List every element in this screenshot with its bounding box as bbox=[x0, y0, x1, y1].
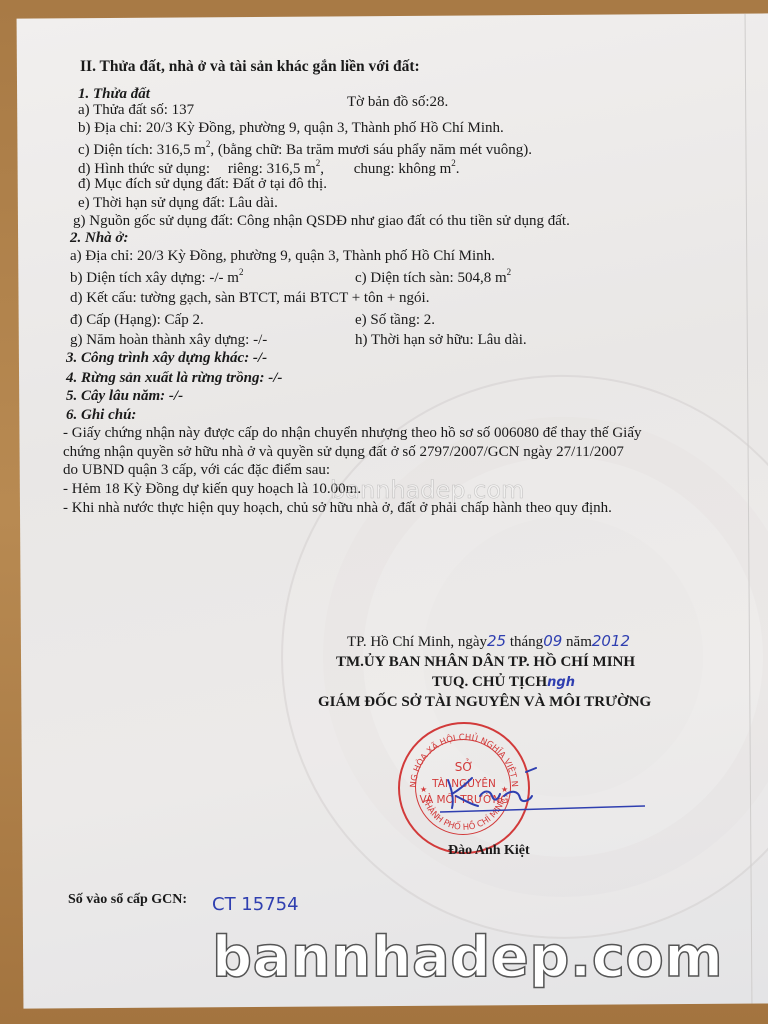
completion-year: g) Năm hoàn thành xây dựng: -/- bbox=[70, 332, 267, 349]
house-heading: 2. Nhà ở: bbox=[70, 230, 128, 247]
build-area-value: b) Diện tích xây dựng: -/- m bbox=[70, 270, 239, 286]
notes-heading: 6. Ghi chú: bbox=[66, 407, 136, 424]
other-construction: 3. Công trình xây dựng khác: -/- bbox=[66, 350, 267, 367]
month-label: tháng bbox=[506, 634, 543, 650]
land-origin: g) Nguồn gốc sử dụng đất: Công nhận QSDĐ… bbox=[73, 213, 570, 230]
build-area: b) Diện tích xây dựng: -/- m2 bbox=[70, 267, 243, 287]
house-grade: đ) Cấp (Hạng): Cấp 2. bbox=[70, 312, 204, 329]
section-title: II. Thửa đất, nhà ở và tài sản khác gắn … bbox=[80, 58, 420, 76]
parcel-number: a) Thửa đất số: 137 bbox=[78, 102, 194, 119]
on-behalf-label: TUQ. CHỦ TỊCH bbox=[432, 674, 547, 690]
land-term: e) Thời hạn sử dụng đất: Lâu dài. bbox=[78, 195, 278, 212]
signer-name: Đào Anh Kiệt bbox=[448, 843, 530, 859]
usage-shared: chung: không m bbox=[354, 161, 452, 177]
land-area: c) Diện tích: 316,5 m2, (bằng chữ: Ba tr… bbox=[78, 139, 532, 159]
on-behalf-of: TUQ. CHỦ TỊCHngh bbox=[432, 674, 575, 691]
floor-area-value: c) Diện tích sàn: 504,8 m bbox=[355, 270, 507, 286]
date-year: 2012 bbox=[592, 632, 630, 650]
land-address: b) Địa chỉ: 20/3 Kỳ Đồng, phường 9, quận… bbox=[78, 120, 504, 137]
production-forest: 4. Rừng sản xuất là rừng trồng: -/- bbox=[66, 370, 282, 387]
note-line: do UBND quận 3 cấp, với các đặc điểm sau… bbox=[63, 462, 330, 479]
place-date-label: TP. Hồ Chí Minh, ngày bbox=[347, 634, 487, 650]
date-day: 25 bbox=[487, 632, 506, 650]
house-address: a) Địa chỉ: 20/3 Kỳ Đồng, phường 9, quận… bbox=[70, 248, 495, 265]
land-purpose: đ) Mục đích sử dụng đất: Đất ở tại đô th… bbox=[78, 176, 327, 193]
registry-label: Số vào sổ cấp GCN: bbox=[68, 892, 187, 908]
house-structure: d) Kết cấu: tường gạch, sàn BTCT, mái BT… bbox=[70, 290, 429, 307]
ownership-term: h) Thời hạn sở hữu: Lâu dài. bbox=[355, 332, 527, 349]
site-watermark: bannhadep.com bbox=[212, 925, 723, 990]
note-line: - Hẻm 18 Kỳ Đồng dự kiến quy hoạch là 10… bbox=[63, 481, 361, 498]
note-line: chứng nhận quyền sở hữu nhà ở và quyền s… bbox=[63, 444, 624, 461]
issuing-authority: TM.ỦY BAN NHÂN DÂN TP. HỒ CHÍ MINH bbox=[336, 654, 635, 671]
usage-form: d) Hình thức sử dụng: riêng: 316,5 m2, c… bbox=[78, 158, 460, 178]
watermark-faint: bannhadep.com bbox=[330, 476, 524, 504]
certificate-content: II. Thửa đất, nhà ở và tài sản khác gắn … bbox=[0, 0, 768, 1024]
house-floors: e) Số tầng: 2. bbox=[355, 312, 435, 329]
floor-area: c) Diện tích sàn: 504,8 m2 bbox=[355, 267, 511, 287]
usage-form-label: d) Hình thức sử dụng: bbox=[78, 161, 210, 177]
date-month: 09 bbox=[543, 632, 562, 650]
handwritten-initial: ngh bbox=[547, 675, 575, 690]
land-area-words: , (bằng chữ: Ba trăm mươi sáu phẩy năm m… bbox=[210, 142, 532, 158]
signer-position: GIÁM ĐỐC SỞ TÀI NGUYÊN VÀ MÔI TRƯỜNG bbox=[318, 694, 651, 711]
note-line: - Giấy chứng nhận này được cấp do nhận c… bbox=[63, 425, 641, 442]
registry-number: CT 15754 bbox=[212, 894, 299, 915]
place-date: TP. Hồ Chí Minh, ngày25 tháng09 năm2012 bbox=[347, 632, 630, 651]
map-sheet-number: Tờ bản đồ số:28. bbox=[347, 94, 448, 111]
year-label: năm bbox=[562, 634, 592, 650]
perennial-trees: 5. Cây lâu năm: -/- bbox=[66, 388, 183, 405]
usage-private: riêng: 316,5 m bbox=[228, 161, 316, 177]
land-area-value: c) Diện tích: 316,5 m bbox=[78, 142, 206, 158]
handwritten-signature bbox=[440, 760, 650, 820]
land-heading: 1. Thửa đất bbox=[78, 86, 150, 103]
